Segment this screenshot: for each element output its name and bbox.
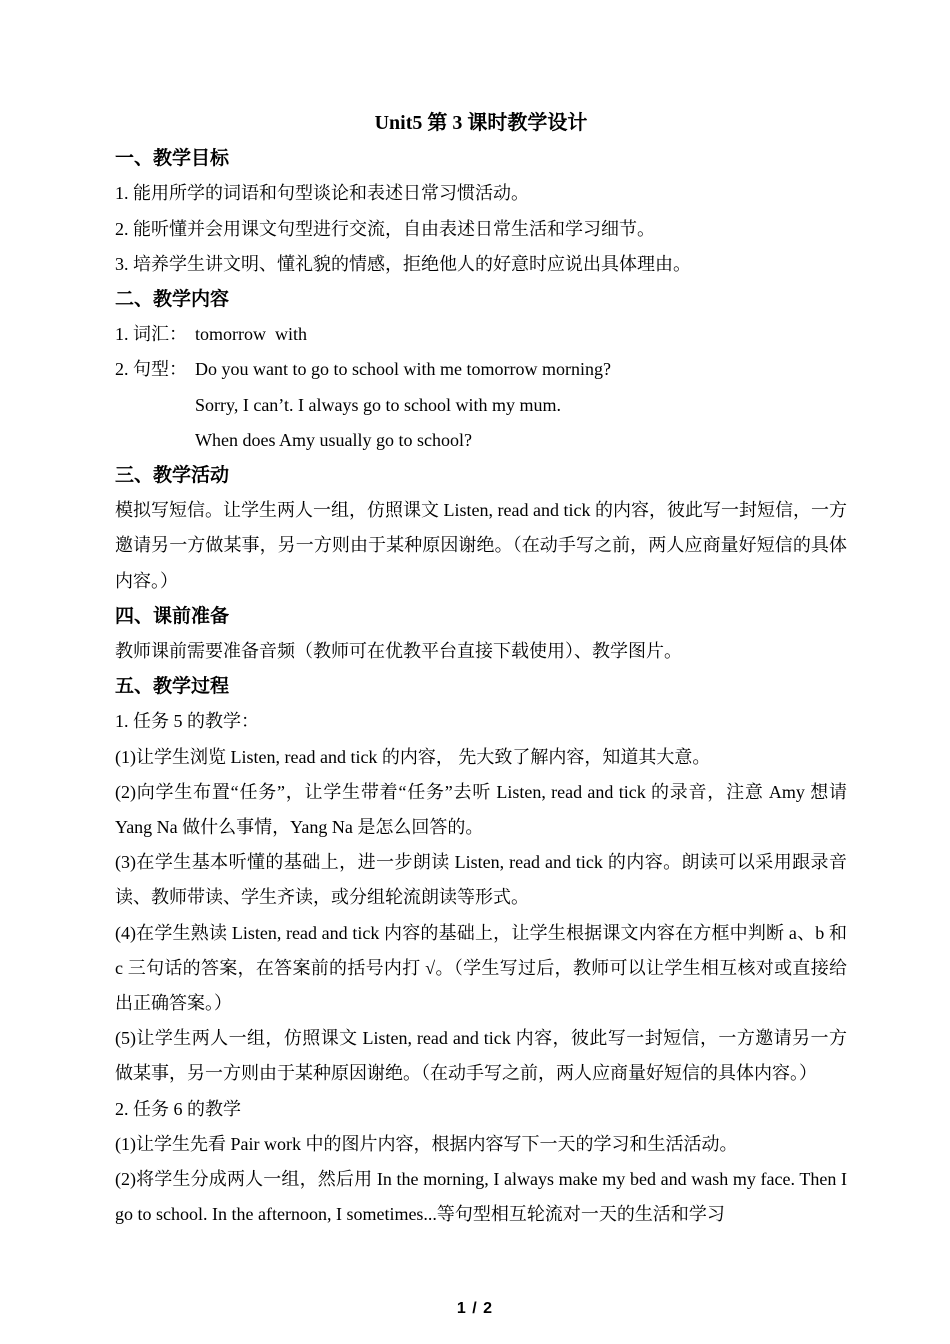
section-heading-preparation: 四、课前准备 <box>115 599 847 634</box>
objective-item: 1. 能用所学的词语和句型谈论和表述日常习惯活动。 <box>115 176 847 211</box>
preparation-paragraph: 教师课前需要准备音频（教师可在优教平台直接下载使用）、教学图片。 <box>115 634 847 669</box>
task5-step: (1)让学生浏览 Listen, read and tick 的内容， 先大致了… <box>115 740 847 775</box>
task5-step: (3)在学生基本听懂的基础上，进一步朗读 Listen, read and ti… <box>115 845 847 915</box>
vocab-value: tomorrow with <box>195 324 307 344</box>
activity-paragraph: 模拟写短信。让学生两人一组，仿照课文 Listen, read and tick… <box>115 493 847 599</box>
vocab-line: 1. 词汇：tomorrow with <box>115 317 847 352</box>
task5-step: (5)让学生两人一组，仿照课文 Listen, read and tick 内容… <box>115 1021 847 1091</box>
pattern-sentence: Do you want to go to school with me tomo… <box>195 359 611 379</box>
section-heading-content: 二、教学内容 <box>115 282 847 317</box>
document-page: Unit5 第 3 课时教学设计 一、教学目标 1. 能用所学的词语和句型谈论和… <box>0 0 950 1344</box>
section-heading-activities: 三、教学活动 <box>115 458 847 493</box>
section-heading-process: 五、教学过程 <box>115 669 847 704</box>
sentence-pattern-line: Sorry, I can’t. I always go to school wi… <box>115 388 847 423</box>
sentence-pattern-line: When does Amy usually go to school? <box>115 423 847 458</box>
page-number: 1 / 2 <box>0 1300 950 1318</box>
section-heading-objectives: 一、教学目标 <box>115 141 847 176</box>
task5-step: (4)在学生熟读 Listen, read and tick 内容的基础上，让学… <box>115 916 847 1022</box>
sentence-pattern-line: 2. 句型：Do you want to go to school with m… <box>115 352 847 387</box>
task6-step: (2)将学生分成两人一组，然后用 In the morning, I alway… <box>115 1162 847 1232</box>
task6-title: 2. 任务 6 的教学 <box>115 1092 847 1127</box>
task5-step: (2)向学生布置“任务”，让学生带着“任务”去听 Listen, read an… <box>115 775 847 845</box>
task5-title: 1. 任务 5 的教学： <box>115 704 847 739</box>
document-content: Unit5 第 3 课时教学设计 一、教学目标 1. 能用所学的词语和句型谈论和… <box>115 106 847 1233</box>
task6-step: (1)让学生先看 Pair work 中的图片内容，根据内容写下一天的学习和生活… <box>115 1127 847 1162</box>
objective-item: 3. 培养学生讲文明、懂礼貌的情感，拒绝他人的好意时应说出具体理由。 <box>115 247 847 282</box>
document-title: Unit5 第 3 课时教学设计 <box>115 106 847 141</box>
pattern-label: 2. 句型： <box>115 352 195 387</box>
vocab-label: 1. 词汇： <box>115 317 195 352</box>
objective-item: 2. 能听懂并会用课文句型进行交流，自由表述日常生活和学习细节。 <box>115 212 847 247</box>
